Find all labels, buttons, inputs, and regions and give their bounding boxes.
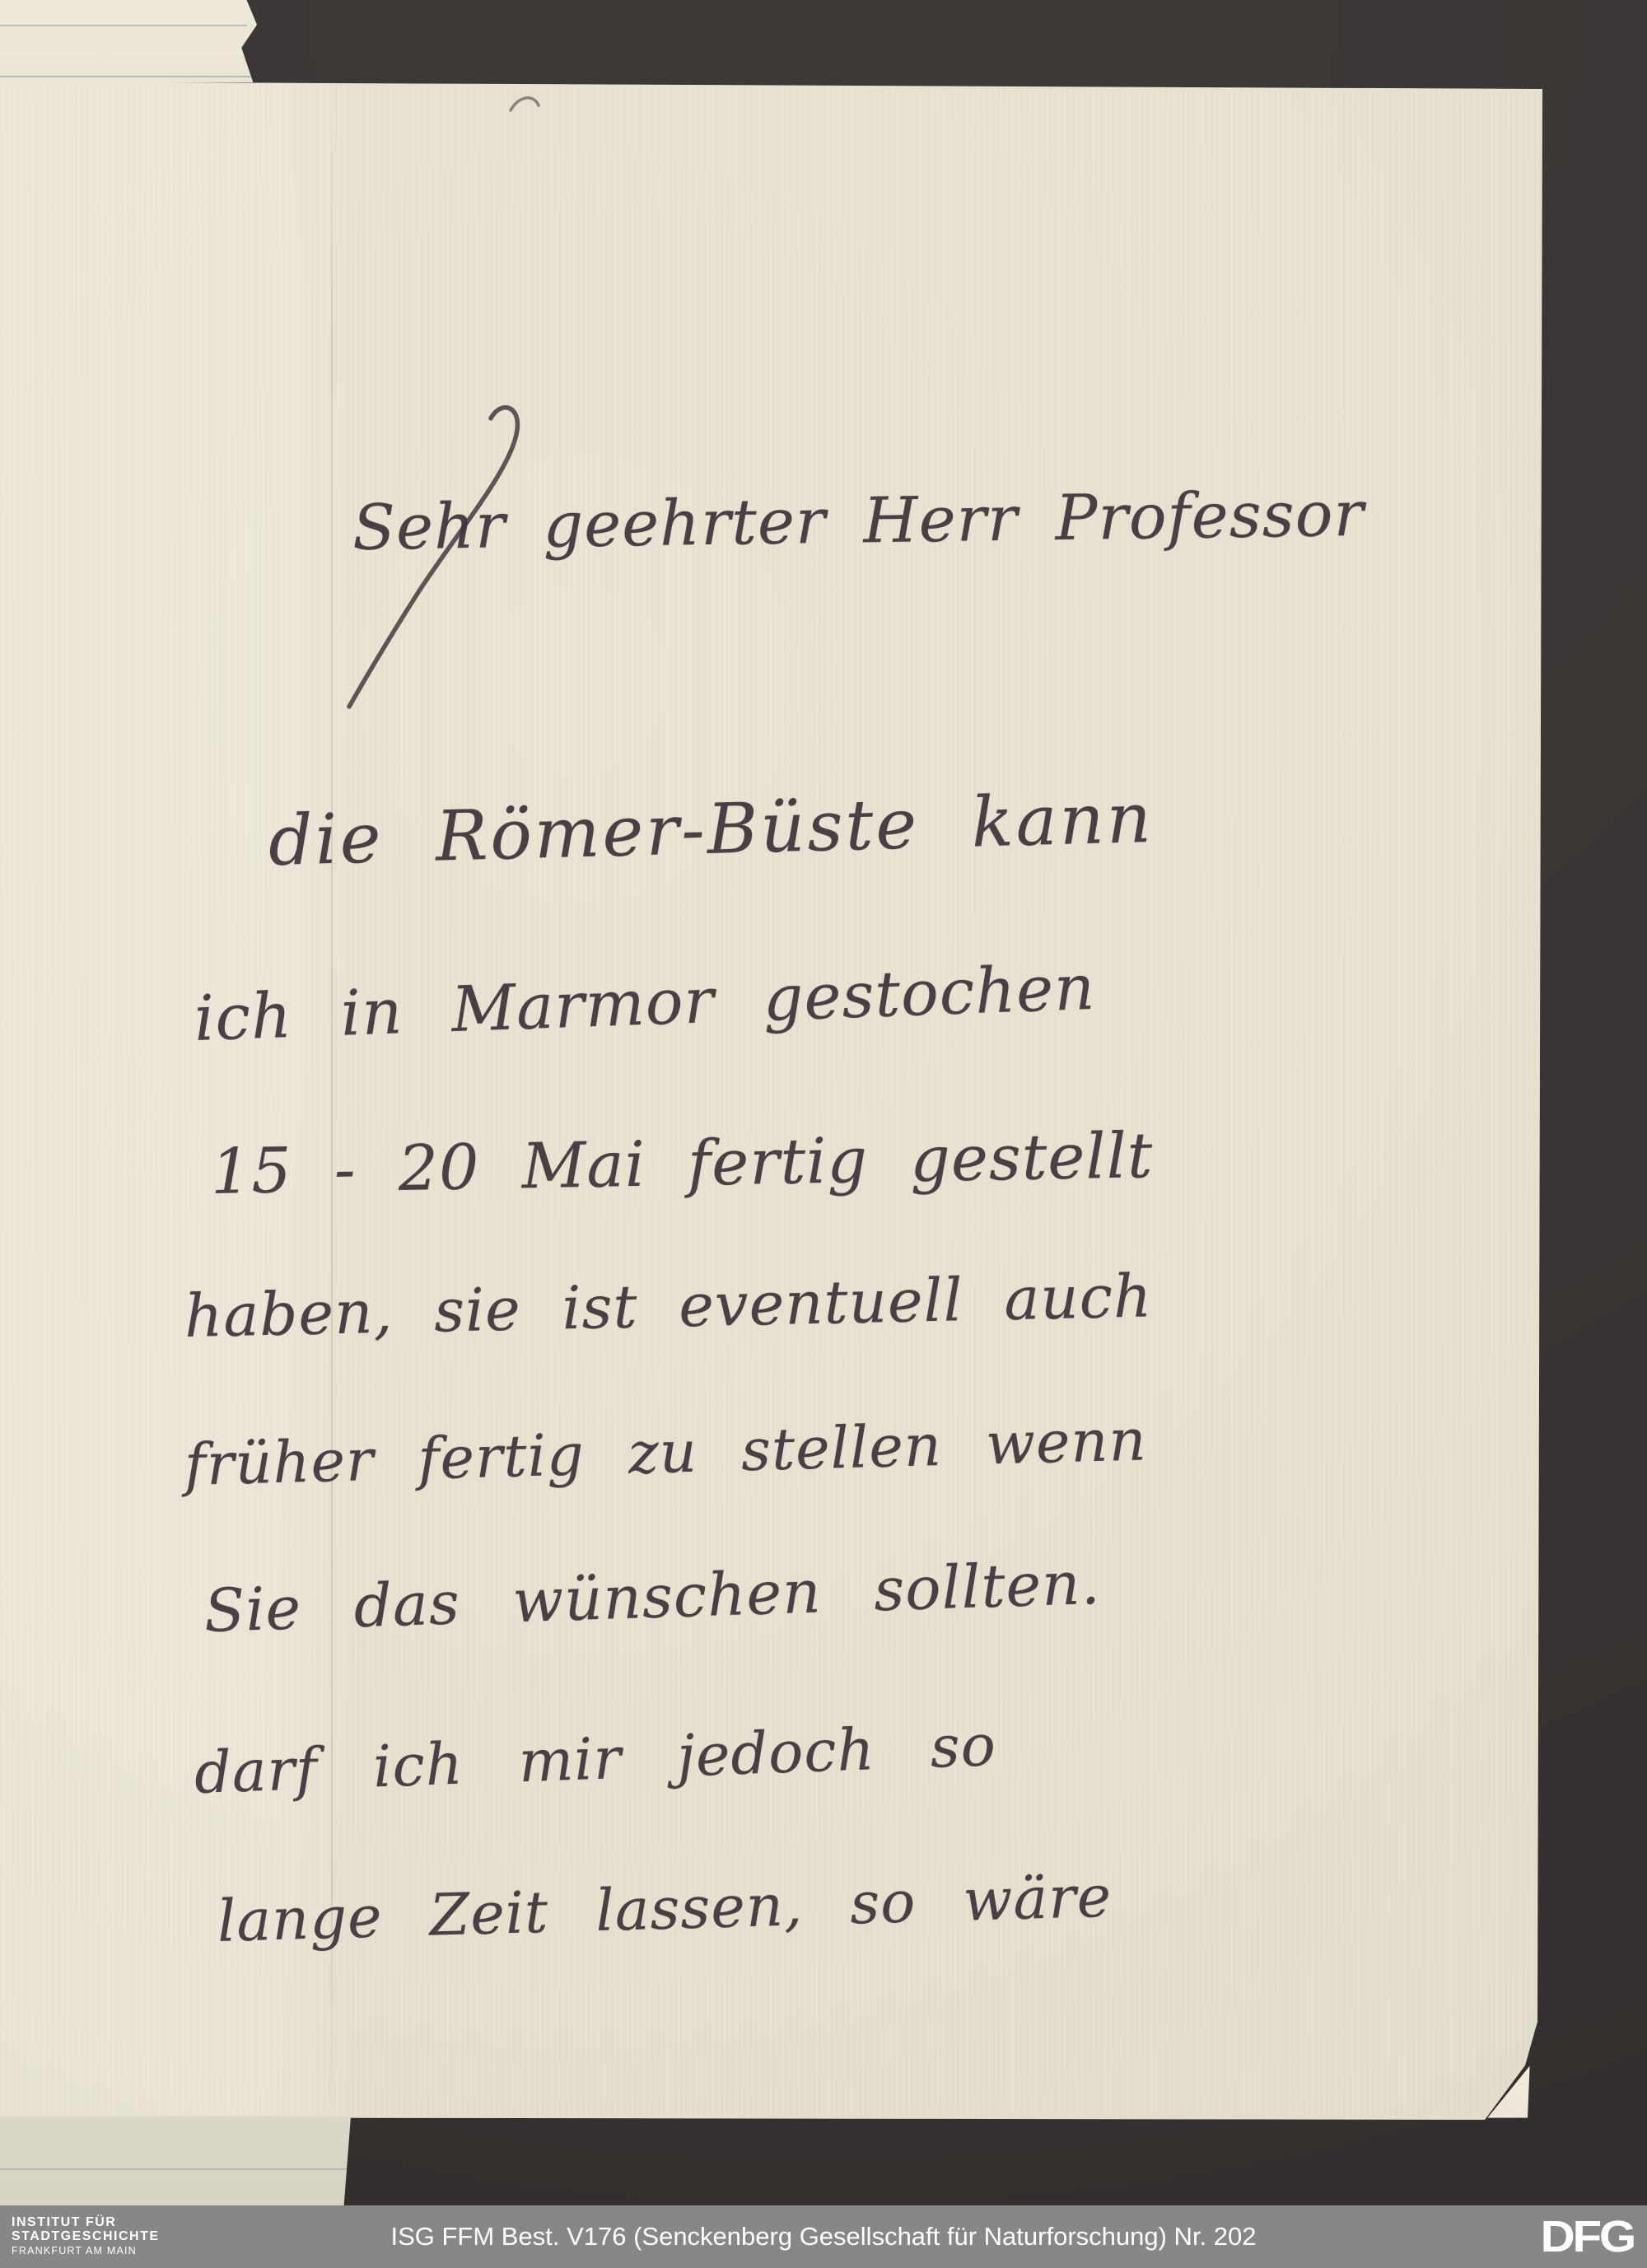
fold-crease — [331, 82, 333, 2117]
ruled-line — [0, 2168, 351, 2170]
footer-bar: INSTITUT FÜR STADTGESCHICHTE FRANKFURT A… — [0, 2205, 1647, 2268]
underlying-page-top-left — [0, 0, 257, 82]
ruled-line — [0, 76, 254, 77]
handwritten-line-1: Sehr geehrter Herr Professor — [352, 477, 1365, 564]
institute-name-line-2: STADTGESCHICHTE — [12, 2229, 160, 2243]
institute-logo: INSTITUT FÜR STADTGESCHICHTE FRANKFURT A… — [12, 2215, 160, 2256]
underlying-page-bottom-left — [0, 2116, 351, 2207]
institute-name-line-3: FRANKFURT AM MAIN — [12, 2246, 160, 2257]
archival-scan: Sehr geehrter Herr Professor die Römer-B… — [0, 0, 1647, 2268]
archive-caption: ISG FFM Best. V176 (Senckenberg Gesellsc… — [390, 2222, 1256, 2252]
institute-name-line-1: INSTITUT FÜR — [12, 2215, 160, 2229]
ruled-line — [0, 25, 247, 26]
dfg-logo: DFG — [1541, 2211, 1634, 2262]
